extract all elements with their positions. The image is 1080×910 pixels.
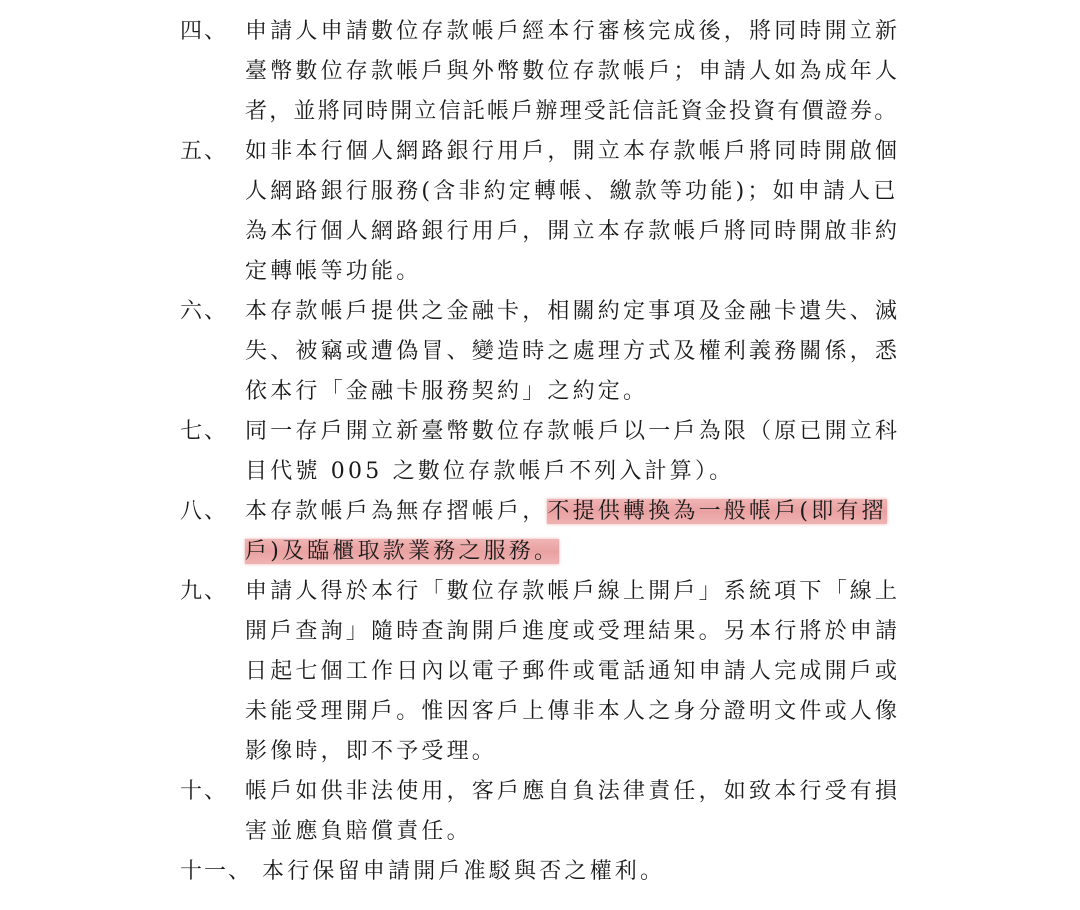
clause-text-line: 日起七個工作日內以電子郵件或電話通知申請人完成開戶或 [245,652,900,692]
clause-text-line: 同一存戶開立新臺幣數位存款帳戶以一戶為限（原已開立科 [245,412,900,452]
plain-text: 本存款帳戶為無存摺帳戶， [245,499,547,524]
clause-number: 十一、 [180,852,252,892]
highlighted-text: 不提供轉換為一般帳戶(即有摺 [547,499,886,524]
clause-number: 六、 [180,292,228,332]
clause-text-line: 未能受理開戶。惟因客戶上傳非本人之身分證明文件或人像 [245,692,900,732]
clause-number: 八、 [180,492,228,532]
clause-text-line: 目代號 005 之數位存款帳戶不列入計算）。 [245,452,734,492]
clause-text-line: 戶)及臨櫃取款業務之服務。 [245,532,559,572]
clause-number: 七、 [180,412,228,452]
clause-text-line: 人網路銀行服務(含非約定轉帳、繳款等功能)；如申請人已 [245,172,899,212]
clause-text-line: 為本行個人網路銀行用戶，開立本存款帳戶將同時開啟非約 [245,212,900,252]
clause-text-line: 失、被竊或遭偽冒、變造時之處理方式及權利義務關係，悉 [245,332,900,372]
clause-text-line: 如非本行個人網路銀行用戶，開立本存款帳戶將同時開啟個 [245,132,900,172]
clause-text-line: 依本行「金融卡服務契約」之約定。 [245,372,648,412]
clause-text-line: 帳戶如供非法使用，客戶應自負法律責任，如致本行受有損 [245,772,900,812]
clause-text-line: 申請人得於本行「數位存款帳戶線上開戶」系統項下「線上 [245,572,900,612]
clause-text-line: 者，並將同時開立信託帳戶辦理受託信託資金投資有價證券。 [245,92,898,132]
clause-number: 四、 [180,12,228,52]
clause-text-line: 本行保留申請開戶准駁與否之權利。 [262,852,665,892]
clause-text-line: 申請人申請數位存款帳戶經本行審核完成後，將同時開立新 [245,12,900,52]
clause-text-line: 影像時，即不予受理。 [245,732,497,772]
terms-document: 四、 申請人申請數位存款帳戶經本行審核完成後，將同時開立新 臺幣數位存款帳戶與外… [0,0,1080,910]
clause-text-line: 害並應負賠償責任。 [245,812,472,852]
highlighted-text: 戶)及臨櫃取款業務之服務。 [245,539,559,564]
clause-number: 十、 [180,772,228,812]
clause-text-line: 開戶查詢」隨時查詢開戶進度或受理結果。另本行將於申請 [245,612,900,652]
clause-text-line: 本存款帳戶為無存摺帳戶，不提供轉換為一般帳戶(即有摺 [245,492,887,532]
clause-number: 九、 [180,572,228,612]
clause-number: 五、 [180,132,228,172]
clause-text-line: 臺幣數位存款帳戶與外幣數位存款帳戶；申請人如為成年人 [245,52,900,92]
clause-text-line: 本存款帳戶提供之金融卡，相關約定事項及金融卡遺失、滅 [245,292,900,332]
clause-text-line: 定轉帳等功能。 [245,252,421,292]
